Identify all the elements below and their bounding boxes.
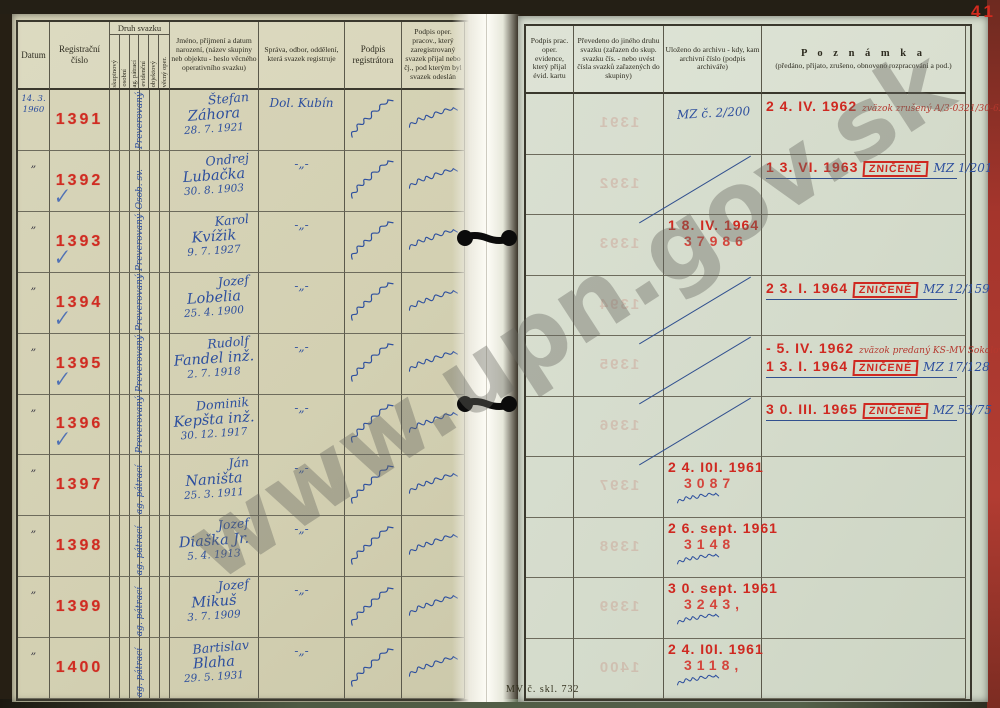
evidence-signature-cell (526, 155, 574, 216)
binding-ring-top (456, 228, 518, 248)
remark-cell (762, 457, 966, 518)
evidence-signature-cell (526, 397, 574, 458)
remark-line: 1 3. I. 1964ZNIČENÉMZ 17/128 (766, 357, 957, 378)
archive-cell: MZ č. 2/200 (664, 94, 762, 155)
archive-cell: 2 4. I0I. 19613087 (664, 457, 762, 518)
transferred-cell: 1398 (574, 518, 664, 579)
name-cell: KarolKvížik9. 7. 1927 (170, 212, 259, 273)
registrar-signature (341, 517, 405, 575)
datum-cell: „ (18, 273, 50, 334)
archive-cell: 3 0. sept. 19613243, (664, 578, 762, 639)
form-number-footnote: MV č. skl. 732 (506, 684, 580, 695)
registrar-signature (341, 578, 405, 636)
registrar-signature-cell (345, 334, 402, 395)
vertical-handwritten-note: ag. pátrací (135, 526, 145, 575)
evidence-signature-cell (526, 94, 574, 155)
remark-line: 2 3. I. 1964ZNIČENÉMZ 12/159 (766, 279, 957, 300)
datum-value: „ (31, 277, 37, 293)
name-cell: OndrejLubačka30. 8. 1903 (170, 151, 259, 212)
transferred-cell: 1395 (574, 336, 664, 397)
file-type-columns-cell: Osob. sv. (110, 151, 170, 212)
header-poznamka: P o z n á m k a (předáno, přijato, zruše… (762, 26, 966, 94)
signature-scribble (341, 578, 402, 632)
registration-number-cell: 1396✓ (50, 395, 110, 456)
ink-bleed-number: 1398 (574, 538, 663, 555)
subheader-osobni: osobní (120, 35, 130, 88)
signature-scribble (341, 396, 402, 450)
ink-bleed-number: 1400 (574, 659, 663, 676)
header-podpis-evidence: Podpis prac. oper. evidence, který přija… (526, 26, 574, 94)
vertical-handwritten-note: Preverovaný (135, 396, 145, 453)
registering-office-value: Dol. Kubín (270, 96, 334, 110)
ink-bleed-number: 1395 (574, 356, 663, 373)
header-druh-svazku-title: Druh svazku (110, 22, 169, 35)
vertical-handwritten-note: Preverovaný (135, 274, 145, 331)
registration-number-stamp: 1400 (56, 659, 104, 677)
archivist-signature (668, 610, 759, 633)
transferred-cell: 1400 (574, 639, 664, 700)
archive-date-stamp: 2 6. sept. 1961 (668, 520, 759, 536)
registrar-signature (341, 152, 405, 210)
gutter-crease (486, 14, 487, 702)
registering-office-cell: -„- (259, 395, 345, 456)
archivist-signature (668, 671, 759, 694)
subheader-ag-patraci: ag. pátrací (130, 35, 140, 88)
header-prevedeno: Převedeno do jiného druhu svazku (zařaze… (574, 26, 664, 94)
registering-office-cell: Dol. Kubín (259, 90, 345, 151)
registrar-signature-cell (345, 212, 402, 273)
signature-scribble (667, 608, 728, 630)
header-druh-svazku: Druh svazku skupinový osobní ag. pátrací… (110, 22, 170, 90)
subheader-evidencni: evidenční (139, 35, 149, 88)
registering-office-value: -„- (294, 279, 308, 293)
registration-number-cell: 1391 (50, 90, 110, 151)
ink-check-mark: ✓ (53, 243, 72, 272)
znicene-box-stamp: ZNIČENÉ (862, 403, 928, 419)
file-type-columns-cell: Preverovaný (110, 273, 170, 334)
ink-bleed-number: 1393 (574, 235, 663, 252)
registering-office-cell: -„- (259, 151, 345, 212)
datum-cell: „ (18, 334, 50, 395)
datum-cell: „ (18, 638, 50, 699)
registering-office-cell: -„- (259, 273, 345, 334)
ink-bleed-number: 1394 (574, 296, 663, 313)
vertical-handwritten-note: Preverovaný (135, 335, 145, 392)
remark-cell: 3 0. III. 1965ZNIČENÉMZ 53/75 (762, 397, 966, 458)
remark-line: 1 3. VI. 1963ZNIČENÉMZ 1/201 (766, 158, 957, 179)
evidence-signature-cell (526, 336, 574, 397)
book-gutter (452, 14, 520, 702)
name-cell: RudolfFandel inž.2. 7. 1918 (170, 334, 259, 395)
signature-scribble (341, 457, 402, 511)
evidence-signature-cell (526, 276, 574, 337)
registrar-signature (341, 457, 405, 515)
registration-number-cell: 1399 (50, 577, 110, 638)
subheader-skupinovy: skupinový (110, 35, 120, 88)
datum-value: „ (31, 642, 37, 658)
header-poznamka-sub: (předáno, přijato, zrušeno, obnoveno roz… (775, 62, 951, 71)
datum-cell: „ (18, 212, 50, 273)
archive-date-stamp: 2 4. I0I. 1961 (668, 641, 759, 657)
registrar-signature-cell (345, 577, 402, 638)
datum-value: „ (31, 399, 37, 415)
znicene-box-stamp: ZNIČENÉ (853, 282, 919, 298)
datum-value: 14. 3. (21, 94, 45, 105)
archivist-signature (668, 550, 759, 573)
transferred-cell: 1396 (574, 397, 664, 458)
file-type-columns-cell: Preverovaný (110, 395, 170, 456)
name-cell: ŠtefanZáhora28. 7. 1921 (170, 90, 259, 151)
datum-cell: „ (18, 577, 50, 638)
remark-cell (762, 518, 966, 579)
remark-date-stamp: 3 0. III. 1965 (766, 401, 858, 417)
evidence-signature-cell (526, 215, 574, 276)
vertical-handwritten-note: ag. pátrací (135, 648, 145, 697)
registering-office-cell: -„- (259, 455, 345, 516)
datum-value: 1960 (23, 105, 45, 116)
archive-number-stamp: 37986 (684, 233, 759, 249)
page-number: 41 (971, 2, 996, 22)
ink-bleed-number: 1396 (574, 417, 663, 434)
registration-number-cell: 1398 (50, 516, 110, 577)
ink-check-mark: ✓ (53, 365, 72, 394)
znicene-box-stamp: ZNIČENÉ (863, 161, 929, 177)
file-type-columns-cell: ag. pátrací (110, 638, 170, 699)
remark-handwritten-red: zväzok zrušený A/3-0321/30-62 (862, 104, 1000, 114)
datum-value: „ (31, 338, 37, 354)
vertical-handwritten-note: ag. pátrací (135, 465, 145, 514)
remark-cell (762, 639, 966, 700)
name-cell: JozefLobelia25. 4. 1900 (170, 273, 259, 334)
registration-number-cell: 1400 (50, 638, 110, 699)
remark-cell (762, 578, 966, 639)
evidence-signature-cell (526, 578, 574, 639)
signature-scribble (341, 335, 402, 389)
ink-bleed-number: 1397 (574, 477, 663, 494)
archive-cell (664, 397, 762, 458)
registering-office-cell: -„- (259, 577, 345, 638)
file-type-columns-cell: ag. pátrací (110, 516, 170, 577)
registration-number-cell: 1392✓ (50, 151, 110, 212)
remark-cell (762, 215, 966, 276)
remark-cell: - 5. IV. 1962zväzok predaný KS-MV Sokolo… (762, 336, 966, 397)
remark-line: - 5. IV. 1962zväzok predaný KS-MV Sokolo… (766, 339, 965, 357)
registrar-signature (341, 335, 405, 393)
registering-office-value: -„- (294, 401, 308, 415)
vertical-handwritten-note: Osob. sv. (135, 169, 145, 209)
signature-scribble (667, 668, 728, 690)
header-sprava: Správa, odbor, oddělení, která svazek re… (259, 22, 345, 90)
datum-cell: „ (18, 516, 50, 577)
registrar-signature-cell (345, 273, 402, 334)
transferred-cell: 1394 (574, 276, 664, 337)
transferred-cell: 1391 (574, 94, 664, 155)
registration-number-cell: 1393✓ (50, 212, 110, 273)
signature-scribble (667, 487, 728, 509)
registering-office-value: -„- (294, 157, 308, 171)
transferred-cell: 1393 (574, 215, 664, 276)
datum-value: „ (31, 459, 37, 475)
registration-number-cell: 1394✓ (50, 273, 110, 334)
registering-office-value: -„- (294, 644, 308, 658)
name-cell: JánNaništa25. 3. 1911 (170, 455, 259, 516)
znicene-box-stamp: ZNIČENÉ (853, 360, 919, 376)
remark-date-stamp: 1 3. VI. 1963 (766, 159, 858, 175)
registering-office-value: -„- (294, 218, 308, 232)
archive-number-handwritten: MZ č. 2/200 (668, 104, 760, 123)
registrar-signature (341, 91, 405, 149)
book-edge-top (0, 0, 1000, 14)
remark-date-stamp: - 5. IV. 1962 (766, 340, 854, 356)
registrar-signature-cell (345, 90, 402, 151)
transferred-cell: 1397 (574, 457, 664, 518)
remark-line: 3 0. III. 1965ZNIČENÉMZ 53/75 (766, 400, 957, 421)
registrar-signature-cell (345, 638, 402, 699)
registering-office-cell: -„- (259, 212, 345, 273)
vertical-handwritten-note: Preverovaný (135, 92, 145, 149)
signature-scribble (341, 213, 402, 267)
datum-cell: „ (18, 151, 50, 212)
registering-office-value: -„- (294, 461, 308, 475)
registrar-signature (341, 274, 405, 332)
remark-handwritten-blue: MZ 53/75 (933, 403, 992, 417)
ink-bleed-number: 1399 (574, 598, 663, 615)
vertical-handwritten-note: Preverovaný (135, 214, 145, 271)
archive-cell (664, 155, 762, 216)
subheader-vecny-oper: věcný oper. (159, 35, 169, 88)
header-jmeno: Jméno, příjmení a datum narození, (název… (170, 22, 259, 90)
registrar-signature-cell (345, 395, 402, 456)
ink-bleed-number: 1391 (574, 114, 663, 131)
registration-number-stamp: 1399 (56, 598, 104, 616)
archive-cell: 2 6. sept. 19613148 (664, 518, 762, 579)
remark-handwritten-blue: MZ 1/201 (934, 161, 993, 175)
registering-office-cell: -„- (259, 334, 345, 395)
file-type-columns-cell: ag. pátrací (110, 577, 170, 638)
signature-scribble (341, 517, 402, 571)
archive-cell: 2 4. I0I. 19613118, (664, 639, 762, 700)
signature-scribble (341, 152, 402, 206)
ink-check-mark: ✓ (53, 182, 72, 211)
name-cell: DominikKepšta inž.30. 12. 1917 (170, 395, 259, 456)
registration-number-stamp: 1397 (56, 476, 104, 494)
datum-value: „ (31, 520, 37, 536)
registration-number-stamp: 1391 (56, 111, 104, 129)
binding-ring-bottom (456, 394, 518, 414)
registering-office-value: -„- (294, 522, 308, 536)
file-type-columns-cell: Preverovaný (110, 90, 170, 151)
datum-value: „ (31, 216, 37, 232)
registrar-signature-cell (345, 516, 402, 577)
registrar-signature (341, 396, 405, 454)
registrar-signature-cell (345, 151, 402, 212)
signature-scribble (341, 639, 402, 693)
archive-cell: 1 8. IV. 196437986 (664, 215, 762, 276)
transferred-cell: 1399 (574, 578, 664, 639)
remark-date-stamp: 2 3. I. 1964 (766, 280, 848, 296)
remark-handwritten-blue: MZ 17/128 (923, 360, 990, 374)
registration-number-stamp: 1398 (56, 537, 104, 555)
name-cell: JozefMikuš3. 7. 1909 (170, 577, 259, 638)
registration-number-cell: 1397 (50, 455, 110, 516)
ink-check-mark: ✓ (53, 426, 72, 455)
datum-cell: „ (18, 455, 50, 516)
name-cell: JozefDiaška Jr.5. 4. 1913 (170, 516, 259, 577)
signature-scribble (341, 91, 402, 145)
evidence-signature-cell (526, 457, 574, 518)
header-ulozeno: Uloženo do archivu - kdy, kam archivní č… (664, 26, 762, 94)
remark-handwritten-blue: MZ 12/159 (923, 282, 990, 296)
archive-date-stamp: 3 0. sept. 1961 (668, 580, 759, 596)
evidence-signature-cell (526, 518, 574, 579)
registering-office-cell: -„- (259, 516, 345, 577)
left-registry-table: Datum Registrační číslo Druh svazku skup… (16, 20, 471, 701)
transferred-cell: 1392 (574, 155, 664, 216)
registrar-signature-cell (345, 455, 402, 516)
file-type-columns-cell: Preverovaný (110, 334, 170, 395)
subheader-objektovy: objektový (149, 35, 159, 88)
archive-date-stamp: 1 8. IV. 1964 (668, 217, 759, 233)
ink-check-mark: ✓ (53, 304, 72, 333)
registering-office-value: -„- (294, 340, 308, 354)
archivist-signature (668, 489, 759, 512)
header-datum: Datum (18, 22, 50, 90)
ink-bleed-number: 1392 (574, 175, 663, 192)
datum-cell: 14. 3.1960 (18, 90, 50, 151)
file-type-columns-cell: ag. pátrací (110, 455, 170, 516)
datum-value: „ (31, 581, 37, 597)
vertical-handwritten-note: ag. pátrací (135, 587, 145, 636)
registration-number-cell: 1395✓ (50, 334, 110, 395)
signature-scribble (667, 547, 728, 569)
remark-cell: 2 4. IV. 1962zväzok zrušený A/3-0321/30-… (762, 94, 966, 155)
remark-cell: 1 3. VI. 1963ZNIČENÉMZ 1/201 (762, 155, 966, 216)
remark-handwritten-red: zväzok predaný KS-MV Sokolov (859, 346, 1000, 356)
archive-cell (664, 336, 762, 397)
archive-date-stamp: 2 4. I0I. 1961 (668, 459, 759, 475)
header-registracni-cislo: Registrační číslo (50, 22, 110, 90)
registrar-signature (341, 639, 405, 697)
registering-office-value: -„- (294, 583, 308, 597)
name-cell: BartislavBlaha29. 5. 1931 (170, 638, 259, 699)
scanned-registry-spread: { "page_number": "41", "watermark": "www… (0, 0, 1000, 708)
datum-cell: „ (18, 395, 50, 456)
header-podpis-registratora: Podpis registrátora (345, 22, 402, 90)
signature-scribble (341, 274, 402, 328)
right-registry-table: Podpis prac. oper. evidence, který přija… (524, 24, 972, 701)
archive-cell (664, 276, 762, 337)
header-poznamka-title: P o z n á m k a (801, 48, 926, 59)
remark-line: 2 4. IV. 1962zväzok zrušený A/3-0321/30-… (766, 97, 965, 115)
registering-office-cell: -„- (259, 638, 345, 699)
remark-cell: 2 3. I. 1964ZNIČENÉMZ 12/159 (762, 276, 966, 337)
remark-date-stamp: 1 3. I. 1964 (766, 358, 848, 374)
file-type-columns-cell: Preverovaný (110, 212, 170, 273)
registrar-signature (341, 213, 405, 271)
datum-value: „ (31, 155, 37, 171)
header-druh-subcolumns: skupinový osobní ag. pátrací evidenční o… (110, 35, 169, 88)
remark-date-stamp: 2 4. IV. 1962 (766, 98, 857, 114)
